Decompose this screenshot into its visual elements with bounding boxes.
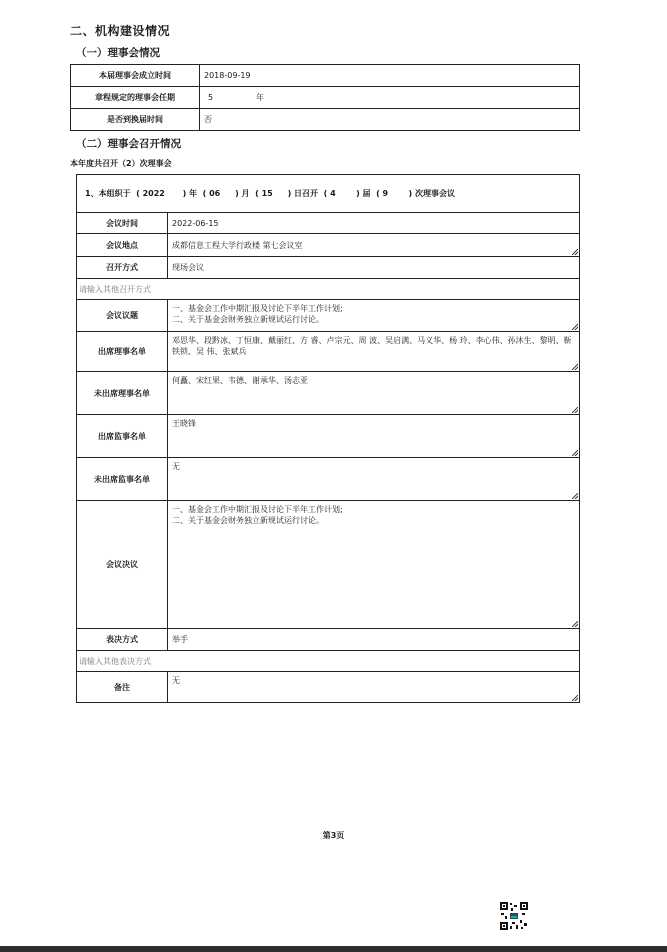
section-title: 二、机构建设情况 — [70, 22, 170, 39]
table-row: 未出席理事名单 何矗、宋红果、韦德、谢承华、汤志亚 — [77, 372, 580, 415]
term-label: 届 — [363, 189, 371, 198]
topics-label: 会议议题 — [77, 300, 168, 332]
meeting-session[interactable]: 9 — [383, 189, 409, 198]
table-row: 备注 无 — [77, 672, 580, 703]
qr-code-icon — [500, 902, 528, 930]
established-date-value[interactable]: 2018-09-19 — [200, 65, 580, 87]
term-label: 章程规定的理事会任期 — [71, 87, 200, 109]
meeting-header-row: 1、本组织于 ( 2022) 年 ( 06) 月 ( 15) 日召开 ( 4) … — [77, 175, 580, 213]
remarks-field[interactable]: 无 — [168, 672, 580, 703]
other-voting-input[interactable]: 请输入其他表决方式 — [77, 651, 580, 672]
table-row: 是否到换届时间 否 — [71, 109, 580, 131]
term-value[interactable]: 5 — [204, 93, 256, 102]
year-label: 年 — [189, 189, 197, 198]
table-row: 表决方式 举手 — [77, 629, 580, 651]
voting-label: 表决方式 — [77, 629, 168, 651]
remarks-label: 备注 — [77, 672, 168, 703]
resize-handle-icon[interactable] — [572, 621, 578, 627]
resize-handle-icon[interactable] — [572, 249, 578, 255]
voting-select[interactable]: 举手 — [168, 629, 580, 651]
table-row: 请输入其他表决方式 — [77, 651, 580, 672]
resize-handle-icon[interactable] — [572, 695, 578, 701]
resize-handle-icon[interactable] — [572, 324, 578, 330]
board-info-title: （一）理事会情况 — [76, 45, 160, 60]
attending-supervisors-field[interactable]: 王晓锋 — [168, 415, 580, 458]
attending-directors-label: 出席理事名单 — [77, 332, 168, 372]
topics-field[interactable]: 一、基金会工作中期汇报及讨论下半年工作计划; 二、关于基金会财务独立新规试运行讨… — [168, 300, 580, 332]
session-label: 次理事会议 — [415, 189, 455, 198]
term-unit: 年 — [256, 93, 264, 102]
table-row: 出席监事名单 王晓锋 — [77, 415, 580, 458]
meeting-location-field[interactable]: 成都信息工程大学行政楼 第七会议室 — [168, 234, 580, 257]
absent-supervisors-value[interactable]: 无 — [172, 461, 575, 472]
absent-supervisors-field[interactable]: 无 — [168, 458, 580, 501]
meeting-location-value[interactable]: 成都信息工程大学行政楼 第七会议室 — [172, 241, 303, 250]
table-row: 未出席监事名单 无 — [77, 458, 580, 501]
reelection-due-label: 是否到换届时间 — [71, 109, 200, 131]
attending-supervisors-value[interactable]: 王晓锋 — [172, 418, 575, 429]
month-label: 月 — [242, 189, 250, 198]
meetings-title: （二）理事会召开情况 — [76, 136, 181, 151]
other-method-input[interactable]: 请输入其他召开方式 — [77, 279, 580, 300]
absent-directors-label: 未出席理事名单 — [77, 372, 168, 415]
resize-handle-icon[interactable] — [572, 364, 578, 370]
meetings-summary: 本年度共召开（2）次理事会 — [70, 158, 172, 169]
attending-supervisors-label: 出席监事名单 — [77, 415, 168, 458]
meeting-table: 1、本组织于 ( 2022) 年 ( 06) 月 ( 15) 日召开 ( 4) … — [76, 174, 580, 703]
resize-handle-icon[interactable] — [572, 450, 578, 456]
resize-handle-icon[interactable] — [572, 493, 578, 499]
meeting-term[interactable]: 4 — [330, 189, 356, 198]
meeting-month[interactable]: 06 — [209, 189, 235, 198]
table-row: 章程规定的理事会任期 5年 — [71, 87, 580, 109]
table-row: 会议议题 一、基金会工作中期汇报及讨论下半年工作计划; 二、关于基金会财务独立新… — [77, 300, 580, 332]
table-row: 出席理事名单 邓思华、段黔冰、丁恒康、戴丽红、方 睿、卢宗元、周 波、吴启满、马… — [77, 332, 580, 372]
meeting-prefix: 1、本组织于 — [85, 189, 131, 198]
meeting-day[interactable]: 15 — [262, 189, 288, 198]
table-row: 会议时间 2022-06-15 — [77, 213, 580, 234]
page-number: 第3页 — [0, 830, 667, 841]
bottom-bar — [0, 946, 667, 952]
resize-handle-icon[interactable] — [572, 407, 578, 413]
absent-supervisors-label: 未出席监事名单 — [77, 458, 168, 501]
meeting-time-value[interactable]: 2022-06-15 — [168, 213, 580, 234]
reelection-due-value[interactable]: 否 — [200, 109, 580, 131]
attending-directors-value[interactable]: 邓思华、段黔冰、丁恒康、戴丽红、方 睿、卢宗元、周 波、吴启满、马义华、杨 玲、… — [172, 335, 575, 357]
topics-value[interactable]: 一、基金会工作中期汇报及讨论下半年工作计划; 二、关于基金会财务独立新规试运行讨… — [172, 303, 575, 325]
table-row: 请输入其他召开方式 — [77, 279, 580, 300]
meeting-method-label: 召开方式 — [77, 257, 168, 279]
absent-directors-value[interactable]: 何矗、宋红果、韦德、谢承华、汤志亚 — [172, 375, 575, 386]
resolution-value[interactable]: 一、基金会工作中期汇报及讨论下半年工作计划; 二、关于基金会财务独立新规试运行讨… — [172, 504, 575, 526]
board-info-table: 本届理事会成立时间 2018-09-19 章程规定的理事会任期 5年 是否到换届… — [70, 64, 580, 131]
table-row: 召开方式 现场会议 — [77, 257, 580, 279]
meeting-location-label: 会议地点 — [77, 234, 168, 257]
resolution-label: 会议决议 — [77, 501, 168, 629]
meeting-time-label: 会议时间 — [77, 213, 168, 234]
meeting-header: 1、本组织于 ( 2022) 年 ( 06) 月 ( 15) 日召开 ( 4) … — [77, 175, 580, 213]
attending-directors-field[interactable]: 邓思华、段黔冰、丁恒康、戴丽红、方 睿、卢宗元、周 波、吴启满、马义华、杨 玲、… — [168, 332, 580, 372]
table-row: 会议决议 一、基金会工作中期汇报及讨论下半年工作计划; 二、关于基金会财务独立新… — [77, 501, 580, 629]
day-label: 日召开 — [294, 189, 318, 198]
table-row: 会议地点 成都信息工程大学行政楼 第七会议室 — [77, 234, 580, 257]
table-row: 本届理事会成立时间 2018-09-19 — [71, 65, 580, 87]
meeting-year[interactable]: 2022 — [143, 189, 183, 198]
term-field[interactable]: 5年 — [200, 87, 580, 109]
meeting-method-select[interactable]: 现场会议 — [168, 257, 580, 279]
absent-directors-field[interactable]: 何矗、宋红果、韦德、谢承华、汤志亚 — [168, 372, 580, 415]
resolution-field[interactable]: 一、基金会工作中期汇报及讨论下半年工作计划; 二、关于基金会财务独立新规试运行讨… — [168, 501, 580, 629]
established-date-label: 本届理事会成立时间 — [71, 65, 200, 87]
remarks-value[interactable]: 无 — [172, 675, 575, 686]
